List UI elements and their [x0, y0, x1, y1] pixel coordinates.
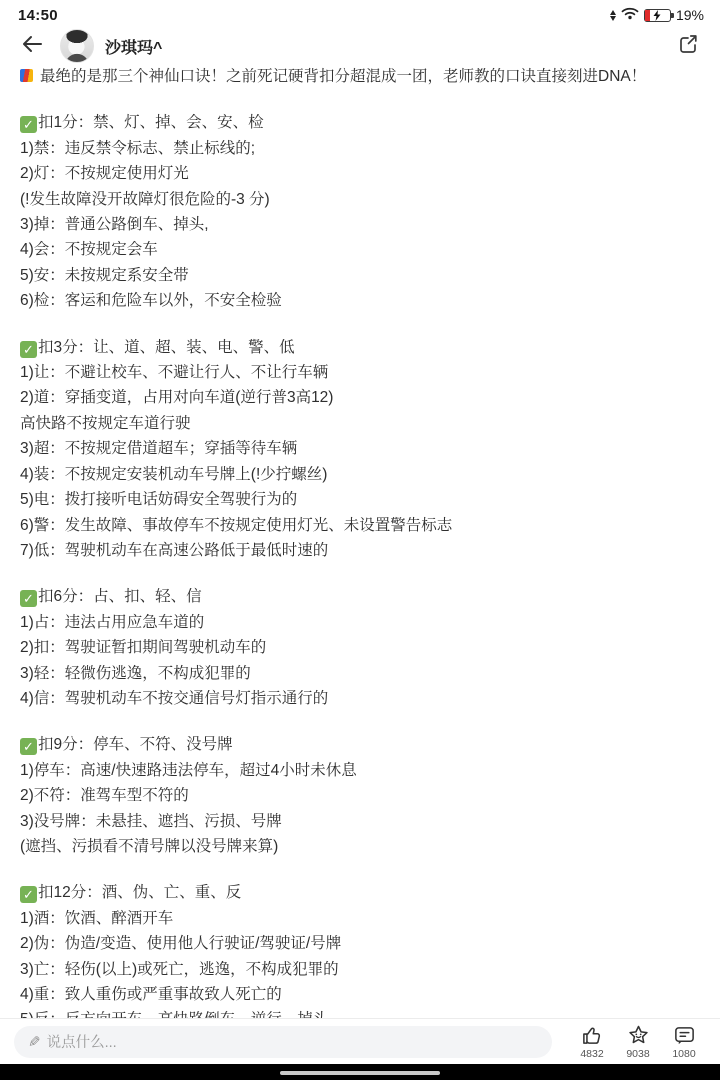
comment-count: 1080	[672, 1048, 695, 1060]
post-line: (!发生故障没开故障灯很危险的-3 分)	[20, 187, 700, 212]
comment-input[interactable]: ✎ 说点什么...	[14, 1026, 552, 1058]
rainbow-icon	[20, 69, 33, 82]
post-line: 5)安：未按规定系安全带	[20, 263, 700, 288]
post-section: ✓扣6分：占、扣、轻、信1)占：违法占用应急车道的2)扣：驾驶证暂扣期间驾驶机动…	[20, 584, 700, 711]
battery-percent: 19%	[676, 7, 704, 23]
battery-icon	[644, 9, 671, 22]
avatar[interactable]	[60, 29, 94, 63]
post-line: 2)伪：伪造/变造、使用他人行驶证/驾驶证/号牌	[20, 931, 700, 956]
section-title: ✓扣12分：酒、伪、亡、重、反	[20, 880, 700, 905]
section-title-text: 扣1分：禁、灯、掉、会、安、检	[38, 114, 264, 131]
teaser-text: 最绝的是那三个神仙口诀！之前死记硬背扣分超混成一团，老师教的口诀直接刻进DNA！	[40, 68, 646, 85]
post-line: 1)禁：违反禁令标志、禁止标线的;	[20, 136, 700, 161]
post-line: 4)会：不按规定会车	[20, 237, 700, 262]
post-sections: ✓扣1分：禁、灯、掉、会、安、检1)禁：违反禁令标志、禁止标线的;2)灯：不按规…	[20, 110, 700, 1022]
post-line: 3)掉：普通公路倒车、掉头,	[20, 212, 700, 237]
post-line: 1)让：不避让校车、不避让行人、不让行车辆	[20, 360, 700, 385]
post-content[interactable]: 最绝的是那三个神仙口诀！之前死记硬背扣分超混成一团，老师教的口诀直接刻进DNA！…	[0, 64, 720, 1022]
status-time: 14:50	[18, 7, 58, 24]
comment-bubble-icon	[673, 1024, 696, 1047]
post-teaser: 最绝的是那三个神仙口诀！之前死记硬背扣分超混成一团，老师教的口诀直接刻进DNA！	[20, 64, 700, 89]
post-line: 2)道：穿插变道，占用对向车道(逆行普3高12)	[20, 385, 700, 410]
section-title-text: 扣9分：停车、不符、没号牌	[38, 736, 233, 753]
share-icon	[676, 32, 700, 61]
section-title-text: 扣6分：占、扣、轻、信	[38, 588, 202, 605]
thumbs-up-icon	[581, 1024, 604, 1047]
comment-placeholder: 说点什么...	[47, 1031, 117, 1052]
collect-count: 9038	[626, 1048, 649, 1060]
section-title: ✓扣1分：禁、灯、掉、会、安、检	[20, 110, 700, 135]
comment-bar: ✎ 说点什么... 4832 9038	[0, 1018, 720, 1064]
check-icon: ✓	[20, 341, 37, 358]
post-line: 4)重：致人重伤或严重事故致人死亡的	[20, 982, 700, 1007]
post-line: 6)警：发生故障、事故停车不按规定使用灯光、未设置警告标志	[20, 513, 700, 538]
pencil-icon: ✎	[28, 1033, 41, 1051]
post-line: 1)酒：饮酒、醉酒开车	[20, 906, 700, 931]
post-section: ✓扣1分：禁、灯、掉、会、安、检1)禁：违反禁令标志、禁止标线的;2)灯：不按规…	[20, 110, 700, 313]
header: 沙琪玛^	[0, 28, 720, 64]
home-indicator[interactable]	[280, 1071, 440, 1076]
star-icon	[627, 1024, 650, 1047]
post-line: 4)信：驾驶机动车不按交通信号灯指示通行的	[20, 686, 700, 711]
wifi-icon	[621, 6, 639, 25]
section-title-text: 扣12分：酒、伪、亡、重、反	[38, 884, 241, 901]
comment-button[interactable]: 1080	[662, 1024, 706, 1060]
status-bar: 14:50 19%	[0, 0, 720, 28]
like-count: 4832	[580, 1048, 603, 1060]
back-button[interactable]	[18, 32, 46, 60]
share-button[interactable]	[674, 32, 702, 60]
post-line: 高快路不按规定车道行驶	[20, 411, 700, 436]
post-line: 1)停车：高速/快速路违法停车，超过4小时未休息	[20, 758, 700, 783]
post-line: 3)没号牌：未悬挂、遮挡、污损、号牌	[20, 809, 700, 834]
post-line: 3)轻：轻微伤逃逸，不构成犯罪的	[20, 661, 700, 686]
check-icon: ✓	[20, 590, 37, 607]
post-section: ✓扣12分：酒、伪、亡、重、反1)酒：饮酒、醉酒开车2)伪：伪造/变造、使用他人…	[20, 880, 700, 1022]
post-line: 4)装：不按规定安装机动车号牌上(!少拧螺丝)	[20, 462, 700, 487]
post-section: ✓扣3分：让、道、超、装、电、警、低1)让：不避让校车、不避让行人、不让行车辆2…	[20, 335, 700, 564]
section-title: ✓扣6分：占、扣、轻、信	[20, 584, 700, 609]
data-transfer-icon	[610, 10, 616, 21]
post-line: 1)占：违法占用应急车道的	[20, 610, 700, 635]
section-title: ✓扣9分：停车、不符、没号牌	[20, 732, 700, 757]
username[interactable]: 沙琪玛^	[105, 35, 162, 58]
back-arrow-icon	[20, 32, 44, 61]
post-line: 2)灯：不按规定使用灯光	[20, 161, 700, 186]
post-line: 7)低：驾驶机动车在高速公路低于最低时速的	[20, 538, 700, 563]
post-line: (遮挡、污损看不清号牌以没号牌来算)	[20, 834, 700, 859]
post-section: ✓扣9分：停车、不符、没号牌1)停车：高速/快速路违法停车，超过4小时未休息2)…	[20, 732, 700, 859]
check-icon: ✓	[20, 886, 37, 903]
check-icon: ✓	[20, 738, 37, 755]
post-line: 3)超：不按规定借道超车；穿插等待车辆	[20, 436, 700, 461]
screen: 14:50 19%	[0, 0, 720, 1080]
like-button[interactable]: 4832	[570, 1024, 614, 1060]
post-line: 2)不符：准驾车型不符的	[20, 783, 700, 808]
section-title-text: 扣3分：让、道、超、装、电、警、低	[38, 339, 295, 356]
post-line: 2)扣：驾驶证暂扣期间驾驶机动车的	[20, 635, 700, 660]
post-line: 6)检：客运和危险车以外，不安全检验	[20, 288, 700, 313]
check-icon: ✓	[20, 116, 37, 133]
collect-button[interactable]: 9038	[616, 1024, 660, 1060]
status-icons: 19%	[610, 6, 704, 25]
section-title: ✓扣3分：让、道、超、装、电、警、低	[20, 335, 700, 360]
post-line: 5)电：拨打接听电话妨碍安全驾驶行为的	[20, 487, 700, 512]
system-nav-bar	[0, 1064, 720, 1080]
post-line: 3)亡：轻伤(以上)或死亡，逃逸，不构成犯罪的	[20, 957, 700, 982]
